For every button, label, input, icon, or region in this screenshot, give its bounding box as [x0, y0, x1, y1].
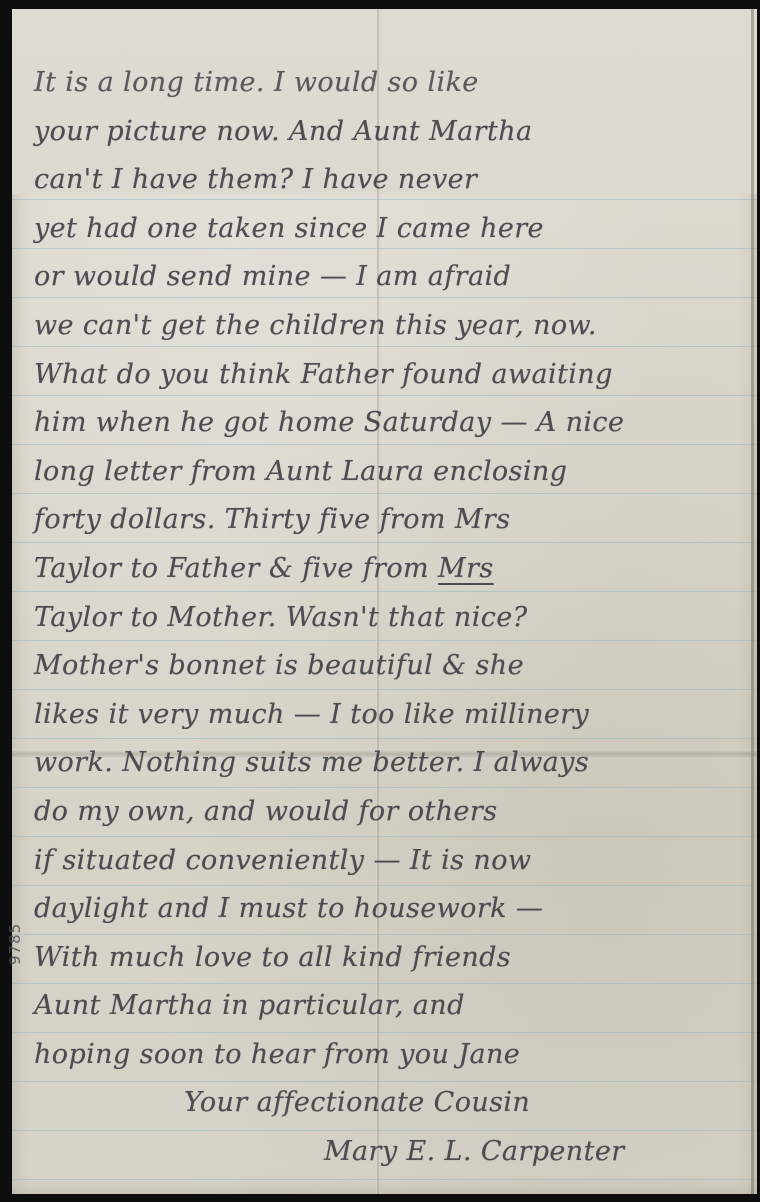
letter-page: It is a long time. I would so like your … — [12, 9, 757, 1194]
letter-line: What do you think Father found awaiting — [34, 351, 754, 400]
letter-line: With much love to all kind friends — [34, 934, 754, 983]
scan-bottom-border — [0, 1194, 760, 1202]
underlined-word: Mrs — [438, 553, 494, 584]
letter-line: do my own, and would for others — [34, 788, 754, 837]
letter-line: your picture now. And Aunt Martha — [34, 108, 754, 157]
letter-body: It is a long time. I would so like your … — [34, 59, 754, 1177]
letter-line: long letter from Aunt Laura enclosing — [34, 448, 754, 497]
letter-line: hoping soon to hear from you Jane — [34, 1031, 754, 1080]
letter-line: Aunt Martha in particular, and — [34, 982, 754, 1031]
letter-line: forty dollars. Thirty five from Mrs — [34, 496, 754, 545]
letter-line: can't I have them? I have never — [34, 156, 754, 205]
letter-line: yet had one taken since I came here — [34, 205, 754, 254]
letter-signature: Mary E. L. Carpenter — [34, 1128, 754, 1177]
letter-line: likes it very much — I too like milliner… — [34, 691, 754, 740]
letter-line: we can't get the children this year, now… — [34, 302, 754, 351]
letter-line: him when he got home Saturday — A nice — [34, 399, 754, 448]
letter-line: or would send mine — I am afraid — [34, 253, 754, 302]
letter-line: Mother's bonnet is beautiful & she — [34, 642, 754, 691]
letter-line: Taylor to Mother. Wasn't that nice? — [34, 594, 754, 643]
letter-line-underlined-mrs: Taylor to Father & five from Mrs — [34, 545, 754, 594]
letter-line: daylight and I must to housework — — [34, 885, 754, 934]
letter-line: if situated conveniently — It is now — [34, 837, 754, 886]
letter-line: It is a long time. I would so like — [34, 59, 754, 108]
letter-closing: Your affectionate Cousin — [34, 1079, 754, 1128]
letter-line: work. Nothing suits me better. I always — [34, 739, 754, 788]
archive-number: 9785 — [6, 923, 24, 965]
